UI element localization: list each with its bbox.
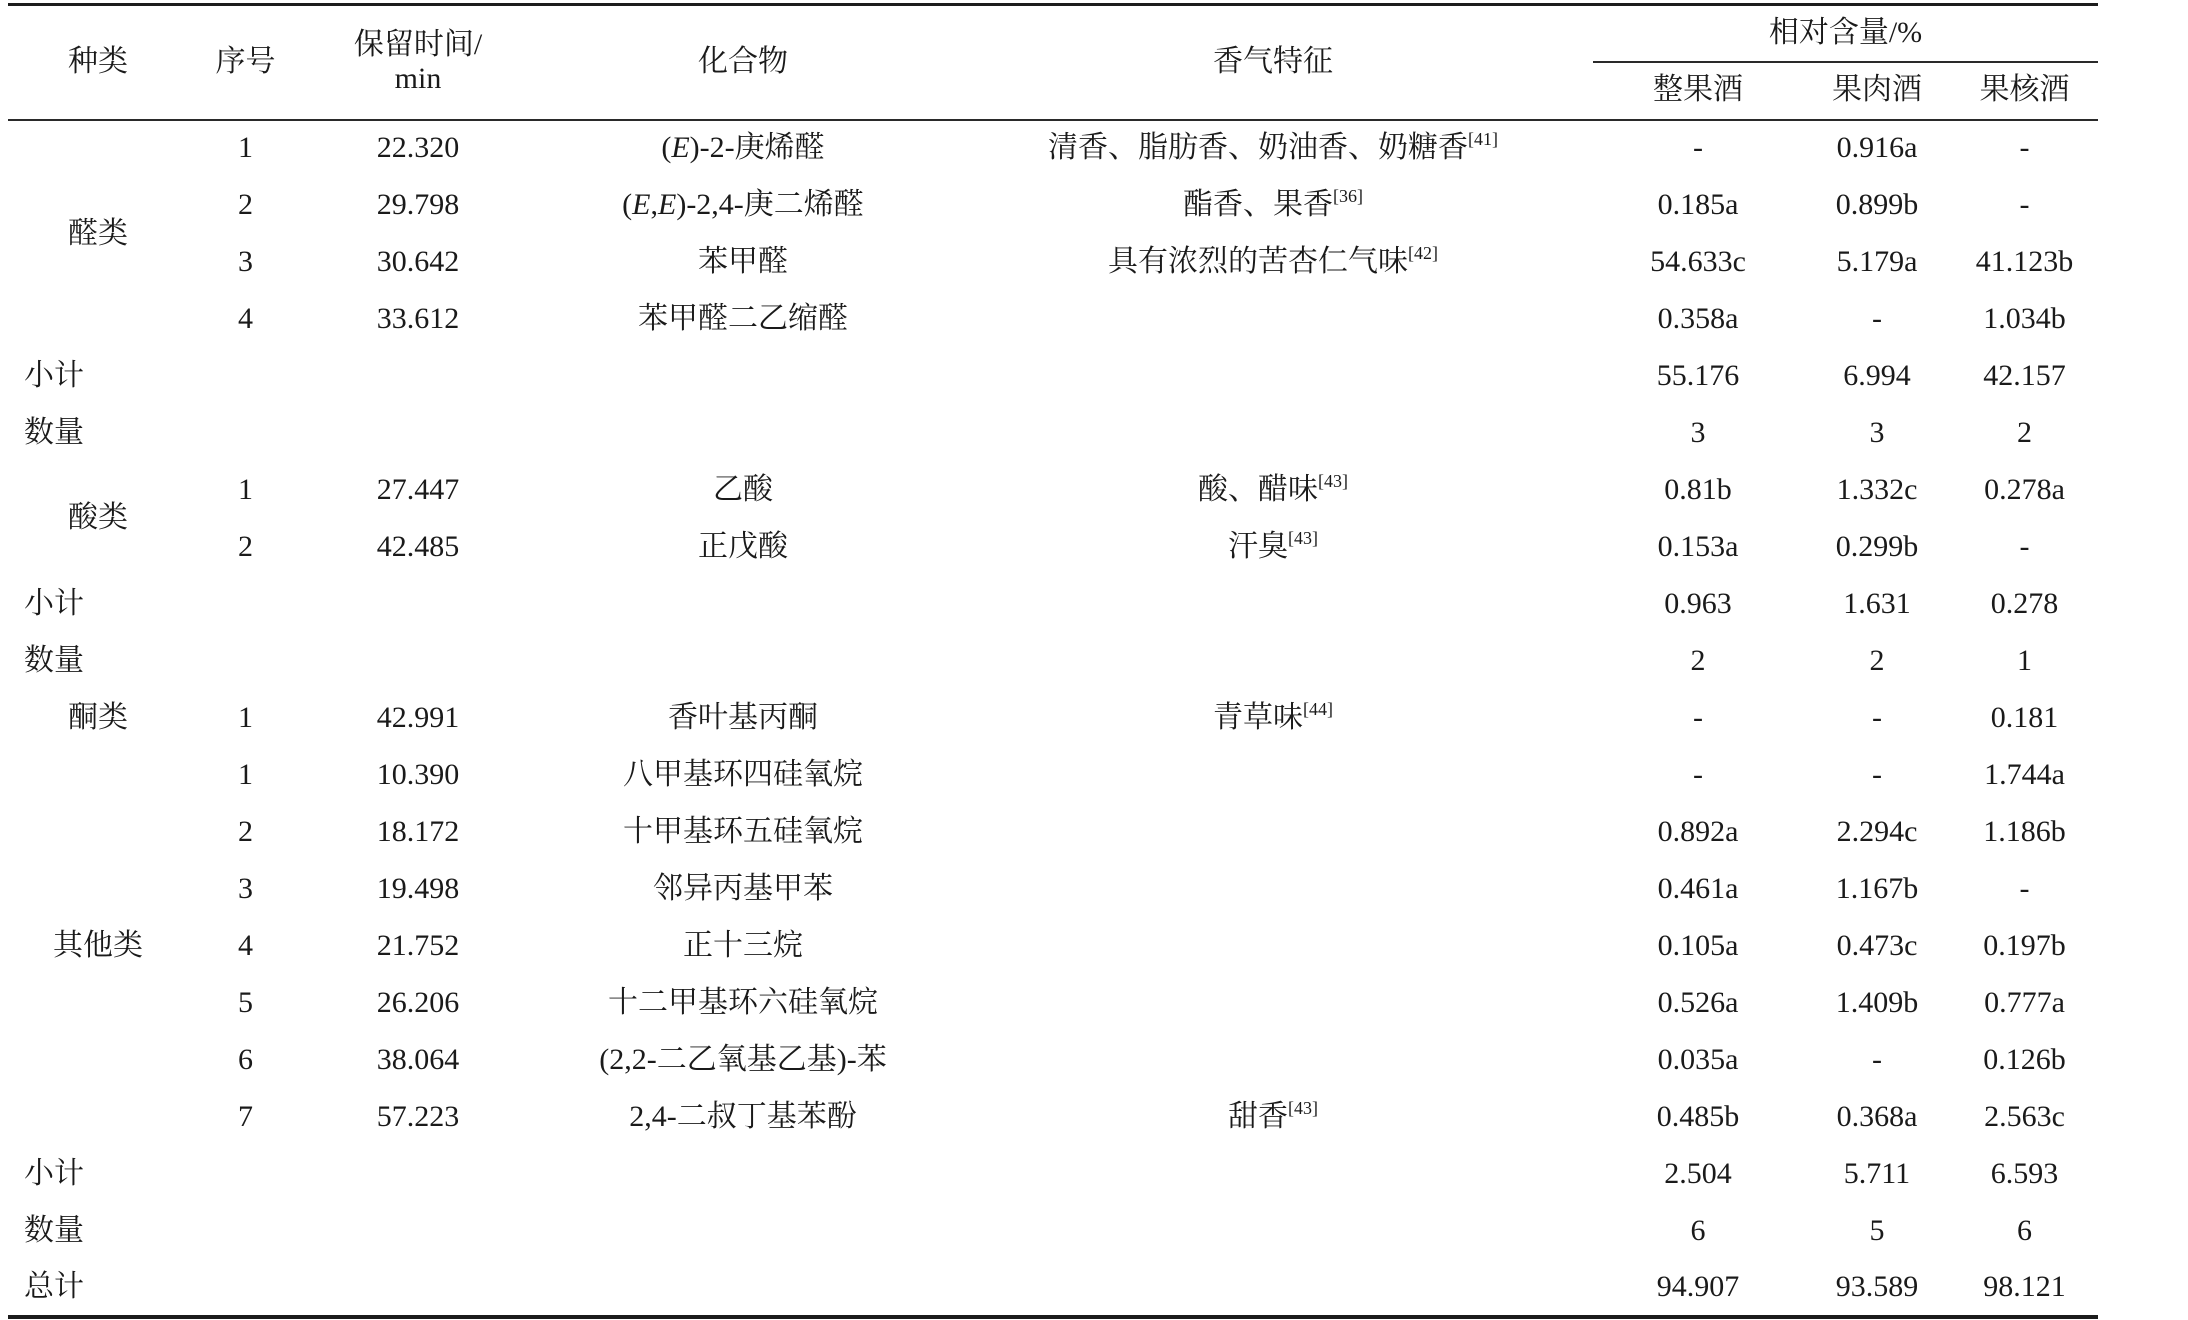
relative-content-cell: 1.332c <box>1803 462 1951 519</box>
relative-content-cell: - <box>1803 1032 1951 1089</box>
summary-label-cell: 总计 <box>8 1260 188 1317</box>
relative-content-cell: 93.589 <box>1803 1260 1951 1317</box>
summary-label-cell: 小计 <box>8 1146 188 1203</box>
category-cell: 其他类 <box>8 747 188 1146</box>
compound-row: 酸类127.447乙酸酸、醋味[43]0.81b1.332c0.278a <box>8 462 2098 519</box>
relative-content-cell: 0.526a <box>1593 975 1803 1032</box>
relative-content-cell: - <box>1803 690 1951 747</box>
aroma-description-cell: 具有浓烈的苦杏仁气味[42] <box>953 234 1593 291</box>
summary-label-cell: 数量 <box>8 1203 188 1260</box>
serial-number-cell: 5 <box>188 975 303 1032</box>
relative-content-cell: 6 <box>1951 1203 2098 1260</box>
relative-content-cell: 41.123b <box>1951 234 2098 291</box>
relative-content-cell: 0.777a <box>1951 975 2098 1032</box>
retention-time-cell: 29.798 <box>303 177 533 234</box>
relative-content-cell: 3 <box>1803 405 1951 462</box>
relative-content-cell: 5.711 <box>1803 1146 1951 1203</box>
empty-cell <box>188 1146 303 1203</box>
summary-row: 数量656 <box>8 1203 2098 1260</box>
summary-row: 小计55.1766.99442.157 <box>8 348 2098 405</box>
compound-row: 醛类122.320(E)-2-庚烯醛清香、脂肪香、奶油香、奶糖香[41]-0.9… <box>8 120 2098 177</box>
aroma-description-cell <box>953 804 1593 861</box>
compound-name-cell: 八甲基环四硅氧烷 <box>533 747 953 804</box>
header-pulp-wine: 果肉酒 <box>1803 62 1951 120</box>
relative-content-cell: 0.126b <box>1951 1032 2098 1089</box>
aroma-description-cell <box>953 861 1593 918</box>
compound-row: 330.642苯甲醛具有浓烈的苦杏仁气味[42]54.633c5.179a41.… <box>8 234 2098 291</box>
compound-row: 229.798(E,E)-2,4-庚二烯醛酯香、果香[36]0.185a0.89… <box>8 177 2098 234</box>
compound-row: 218.172十甲基环五硅氧烷0.892a2.294c1.186b <box>8 804 2098 861</box>
relative-content-cell: 2.563c <box>1951 1089 2098 1146</box>
empty-cell <box>303 405 533 462</box>
relative-content-cell: 0.299b <box>1803 519 1951 576</box>
summary-label-cell: 小计 <box>8 576 188 633</box>
empty-cell <box>953 633 1593 690</box>
summary-row: 数量332 <box>8 405 2098 462</box>
relative-content-cell: 42.157 <box>1951 348 2098 405</box>
relative-content-cell: 0.035a <box>1593 1032 1803 1089</box>
summary-row: 小计2.5045.7116.593 <box>8 1146 2098 1203</box>
aroma-description-cell: 甜香[43] <box>953 1089 1593 1146</box>
relative-content-cell: 54.633c <box>1593 234 1803 291</box>
empty-cell <box>533 1260 953 1317</box>
compound-row: 421.752正十三烷0.105a0.473c0.197b <box>8 918 2098 975</box>
header-relative-content-group: 相对含量/% <box>1593 5 2098 62</box>
relative-content-cell: 1.186b <box>1951 804 2098 861</box>
retention-time-cell: 19.498 <box>303 861 533 918</box>
empty-cell <box>533 633 953 690</box>
relative-content-cell: 0.461a <box>1593 861 1803 918</box>
empty-cell <box>953 1203 1593 1260</box>
compound-row: 757.2232,4-二叔丁基苯酚甜香[43]0.485b0.368a2.563… <box>8 1089 2098 1146</box>
relative-content-cell: 2 <box>1951 405 2098 462</box>
empty-cell <box>303 1260 533 1317</box>
relative-content-cell: 1 <box>1951 633 2098 690</box>
relative-content-cell: 0.185a <box>1593 177 1803 234</box>
compound-name-cell: 邻异丙基甲苯 <box>533 861 953 918</box>
serial-number-cell: 7 <box>188 1089 303 1146</box>
compound-row: 242.485正戊酸汗臭[43]0.153a0.299b- <box>8 519 2098 576</box>
relative-content-cell: 3 <box>1593 405 1803 462</box>
empty-cell <box>303 576 533 633</box>
category-cell: 酸类 <box>8 462 188 576</box>
relative-content-cell: 6.994 <box>1803 348 1951 405</box>
serial-number-cell: 1 <box>188 747 303 804</box>
header-aroma: 香气特征 <box>953 5 1593 120</box>
empty-cell <box>188 1260 303 1317</box>
summary-label-cell: 小计 <box>8 348 188 405</box>
empty-cell <box>303 1203 533 1260</box>
compound-row: 638.064(2,2-二乙氧基乙基)-苯0.035a-0.126b <box>8 1032 2098 1089</box>
paper-table-container: 种类 序号 保留时间/ min 化合物 香气特征 相对含量/% 整果酒 果肉酒 … <box>0 0 2188 1319</box>
summary-row: 总计94.90793.58998.121 <box>8 1260 2098 1317</box>
aroma-description-cell: 酸、醋味[43] <box>953 462 1593 519</box>
empty-cell <box>533 576 953 633</box>
relative-content-cell: 0.278 <box>1951 576 2098 633</box>
relative-content-cell: - <box>1803 291 1951 348</box>
compound-name-cell: (E)-2-庚烯醛 <box>533 120 953 177</box>
retention-time-cell: 57.223 <box>303 1089 533 1146</box>
compound-name-cell: 十甲基环五硅氧烷 <box>533 804 953 861</box>
relative-content-cell: 98.121 <box>1951 1260 2098 1317</box>
relative-content-cell: 1.409b <box>1803 975 1951 1032</box>
relative-content-cell: - <box>1593 690 1803 747</box>
empty-cell <box>303 633 533 690</box>
relative-content-cell: 2 <box>1803 633 1951 690</box>
category-cell: 酮类 <box>8 690 188 747</box>
serial-number-cell: 1 <box>188 462 303 519</box>
summary-label-cell: 数量 <box>8 405 188 462</box>
compound-name-cell: 香叶基丙酮 <box>533 690 953 747</box>
empty-cell <box>533 348 953 405</box>
serial-number-cell: 4 <box>188 918 303 975</box>
relative-content-cell: 55.176 <box>1593 348 1803 405</box>
retention-time-cell: 42.485 <box>303 519 533 576</box>
relative-content-cell: 5.179a <box>1803 234 1951 291</box>
empty-cell <box>303 348 533 405</box>
header-no: 序号 <box>188 5 303 120</box>
serial-number-cell: 3 <box>188 234 303 291</box>
retention-time-cell: 21.752 <box>303 918 533 975</box>
relative-content-cell: 0.916a <box>1803 120 1951 177</box>
empty-cell <box>953 1146 1593 1203</box>
retention-time-cell: 22.320 <box>303 120 533 177</box>
relative-content-cell: 2.294c <box>1803 804 1951 861</box>
aroma-description-cell: 酯香、果香[36] <box>953 177 1593 234</box>
compound-row: 酮类142.991香叶基丙酮青草味[44]--0.181 <box>8 690 2098 747</box>
serial-number-cell: 6 <box>188 1032 303 1089</box>
aroma-description-cell: 青草味[44] <box>953 690 1593 747</box>
aroma-description-cell <box>953 747 1593 804</box>
compound-name-cell: 苯甲醛二乙缩醛 <box>533 291 953 348</box>
retention-time-cell: 38.064 <box>303 1032 533 1089</box>
relative-content-cell: 1.167b <box>1803 861 1951 918</box>
empty-cell <box>188 405 303 462</box>
relative-content-cell: 1.744a <box>1951 747 2098 804</box>
relative-content-cell: - <box>1951 519 2098 576</box>
compound-name-cell: (2,2-二乙氧基乙基)-苯 <box>533 1032 953 1089</box>
compound-name-cell: 正十三烷 <box>533 918 953 975</box>
compound-name-cell: 乙酸 <box>533 462 953 519</box>
relative-content-cell: 5 <box>1803 1203 1951 1260</box>
empty-cell <box>953 576 1593 633</box>
retention-time-cell: 33.612 <box>303 291 533 348</box>
summary-row: 小计0.9631.6310.278 <box>8 576 2098 633</box>
header-whole-fruit-wine: 整果酒 <box>1593 62 1803 120</box>
relative-content-cell: - <box>1593 120 1803 177</box>
relative-content-cell: 2 <box>1593 633 1803 690</box>
relative-content-cell: - <box>1593 747 1803 804</box>
retention-time-cell: 30.642 <box>303 234 533 291</box>
relative-content-cell: 0.81b <box>1593 462 1803 519</box>
relative-content-cell: - <box>1803 747 1951 804</box>
relative-content-cell: 1.631 <box>1803 576 1951 633</box>
aroma-description-cell <box>953 918 1593 975</box>
header-type: 种类 <box>8 5 188 120</box>
relative-content-cell: 0.368a <box>1803 1089 1951 1146</box>
category-cell: 醛类 <box>8 120 188 348</box>
compound-name-cell: 十二甲基环六硅氧烷 <box>533 975 953 1032</box>
empty-cell <box>953 348 1593 405</box>
empty-cell <box>953 405 1593 462</box>
retention-time-cell: 42.991 <box>303 690 533 747</box>
retention-time-cell: 18.172 <box>303 804 533 861</box>
aroma-description-cell: 汗臭[43] <box>953 519 1593 576</box>
aroma-description-cell <box>953 291 1593 348</box>
compound-row: 其他类110.390八甲基环四硅氧烷--1.744a <box>8 747 2098 804</box>
empty-cell <box>188 348 303 405</box>
relative-content-cell: 1.034b <box>1951 291 2098 348</box>
empty-cell <box>188 576 303 633</box>
aroma-description-cell <box>953 975 1593 1032</box>
summary-label-cell: 数量 <box>8 633 188 690</box>
relative-content-cell: 0.278a <box>1951 462 2098 519</box>
relative-content-cell: - <box>1951 861 2098 918</box>
table-header: 种类 序号 保留时间/ min 化合物 香气特征 相对含量/% 整果酒 果肉酒 … <box>8 5 2098 120</box>
serial-number-cell: 3 <box>188 861 303 918</box>
compound-row: 319.498邻异丙基甲苯0.461a1.167b- <box>8 861 2098 918</box>
header-retention-time-line1: 保留时间/ <box>303 28 533 63</box>
relative-content-cell: 6.593 <box>1951 1146 2098 1203</box>
relative-content-cell: 0.899b <box>1803 177 1951 234</box>
relative-content-cell: 0.963 <box>1593 576 1803 633</box>
relative-content-cell: - <box>1951 120 2098 177</box>
relative-content-cell: 0.105a <box>1593 918 1803 975</box>
empty-cell <box>188 633 303 690</box>
serial-number-cell: 4 <box>188 291 303 348</box>
compound-name-cell: 正戊酸 <box>533 519 953 576</box>
compound-row: 526.206十二甲基环六硅氧烷0.526a1.409b0.777a <box>8 975 2098 1032</box>
retention-time-cell: 10.390 <box>303 747 533 804</box>
serial-number-cell: 2 <box>188 519 303 576</box>
relative-content-cell: 0.892a <box>1593 804 1803 861</box>
relative-content-cell: 0.473c <box>1803 918 1951 975</box>
empty-cell <box>188 1203 303 1260</box>
header-compound: 化合物 <box>533 5 953 120</box>
relative-content-cell: 2.504 <box>1593 1146 1803 1203</box>
empty-cell <box>533 405 953 462</box>
relative-content-cell: 94.907 <box>1593 1260 1803 1317</box>
table-body: 醛类122.320(E)-2-庚烯醛清香、脂肪香、奶油香、奶糖香[41]-0.9… <box>8 120 2098 1317</box>
empty-cell <box>303 1146 533 1203</box>
relative-content-cell: - <box>1951 177 2098 234</box>
relative-content-cell: 0.485b <box>1593 1089 1803 1146</box>
empty-cell <box>953 1260 1593 1317</box>
serial-number-cell: 1 <box>188 120 303 177</box>
relative-content-cell: 6 <box>1593 1203 1803 1260</box>
relative-content-cell: 0.197b <box>1951 918 2098 975</box>
retention-time-cell: 27.447 <box>303 462 533 519</box>
serial-number-cell: 1 <box>188 690 303 747</box>
compound-name-cell: 苯甲醛 <box>533 234 953 291</box>
serial-number-cell: 2 <box>188 804 303 861</box>
serial-number-cell: 2 <box>188 177 303 234</box>
relative-content-cell: 0.358a <box>1593 291 1803 348</box>
compound-name-cell: (E,E)-2,4-庚二烯醛 <box>533 177 953 234</box>
relative-content-cell: 0.181 <box>1951 690 2098 747</box>
summary-row: 数量221 <box>8 633 2098 690</box>
compound-name-cell: 2,4-二叔丁基苯酚 <box>533 1089 953 1146</box>
empty-cell <box>533 1146 953 1203</box>
header-retention-time-line2: min <box>303 62 533 97</box>
aroma-description-cell: 清香、脂肪香、奶油香、奶糖香[41] <box>953 120 1593 177</box>
aroma-description-cell <box>953 1032 1593 1089</box>
header-kernel-wine: 果核酒 <box>1951 62 2098 120</box>
empty-cell <box>533 1203 953 1260</box>
retention-time-cell: 26.206 <box>303 975 533 1032</box>
relative-content-cell: 0.153a <box>1593 519 1803 576</box>
compound-row: 433.612苯甲醛二乙缩醛0.358a-1.034b <box>8 291 2098 348</box>
aroma-compounds-table: 种类 序号 保留时间/ min 化合物 香气特征 相对含量/% 整果酒 果肉酒 … <box>8 3 2098 1319</box>
header-retention-time: 保留时间/ min <box>303 5 533 120</box>
